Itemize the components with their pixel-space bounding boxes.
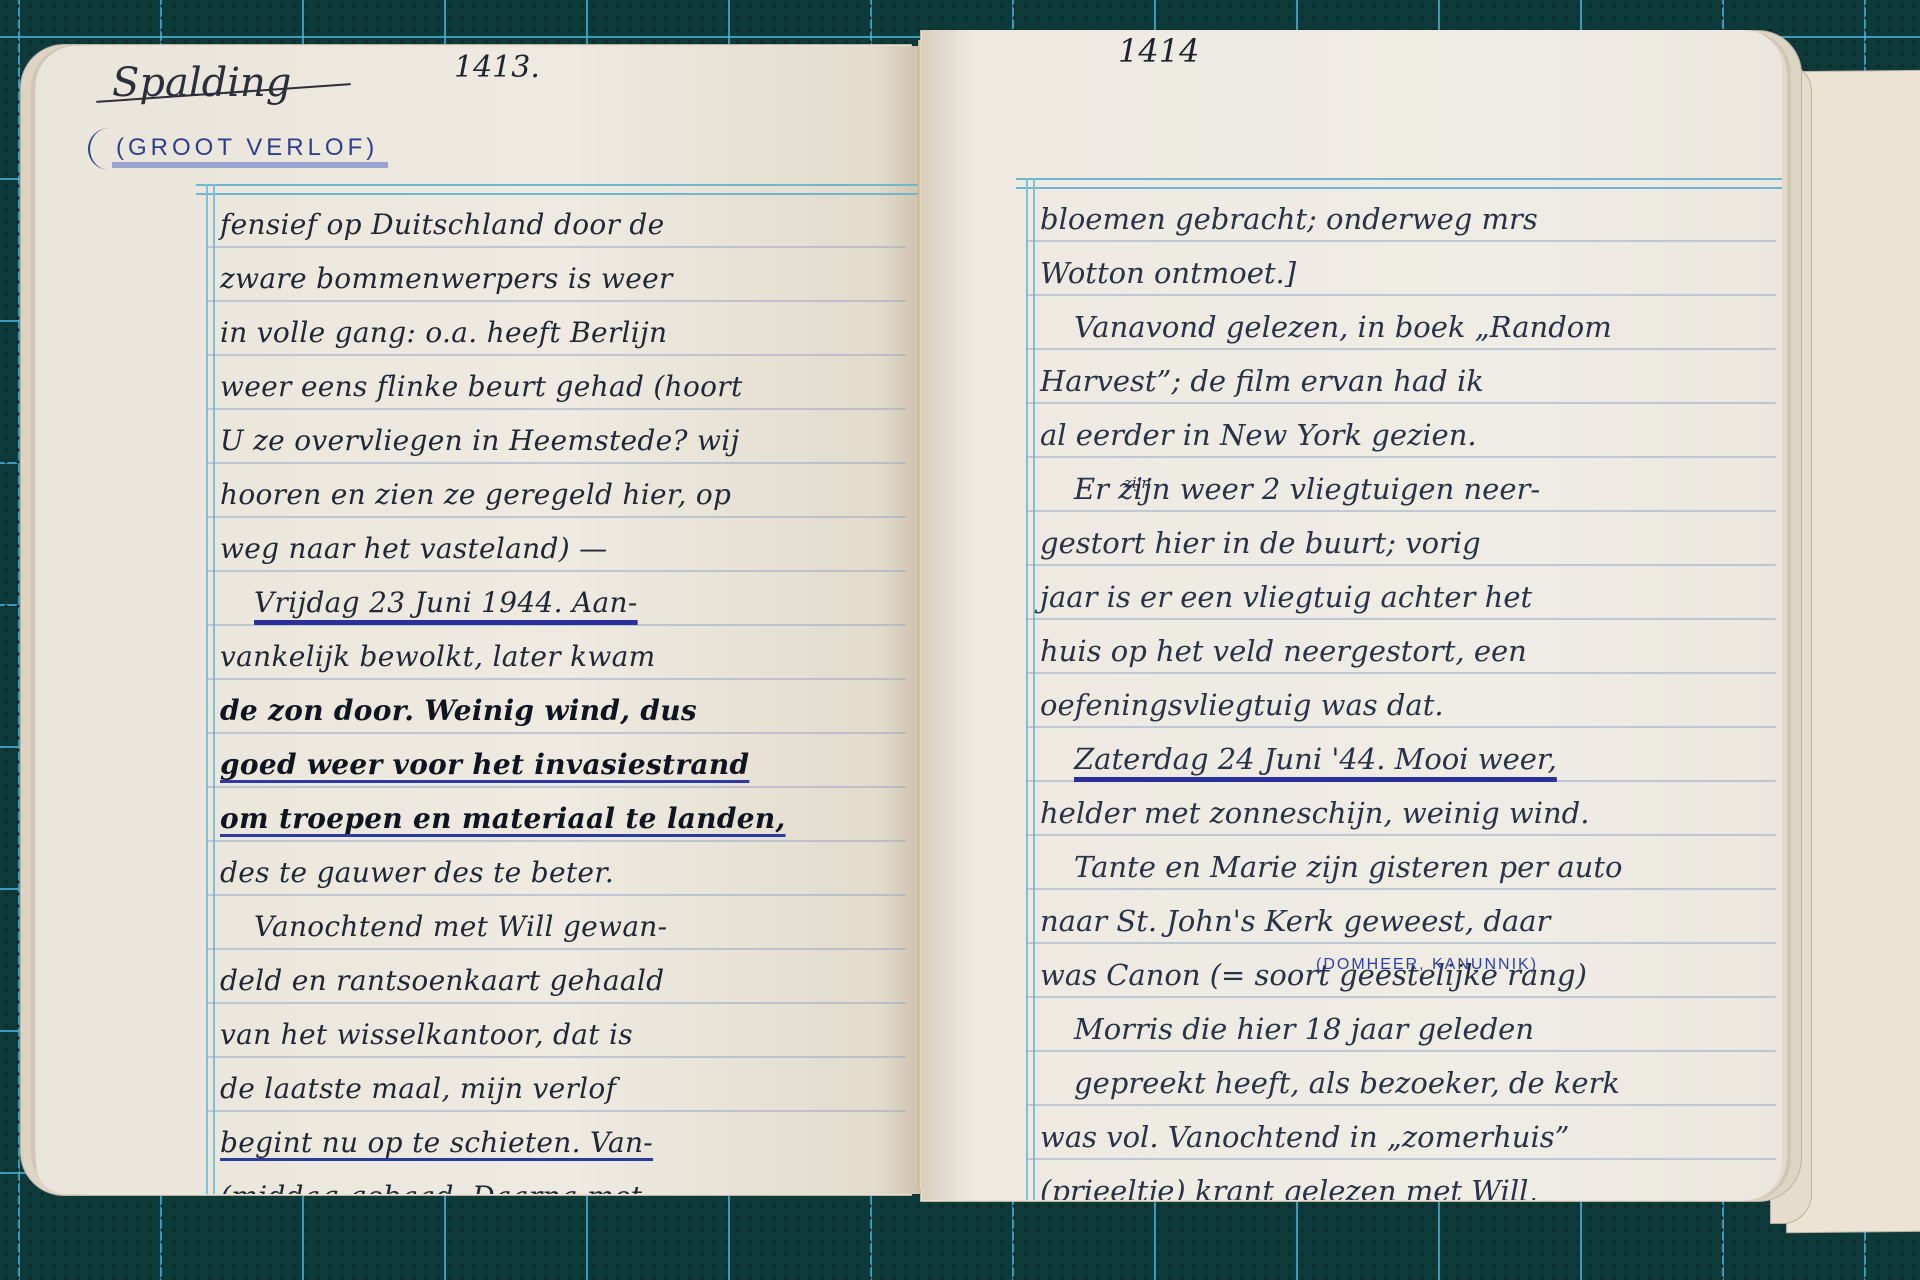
underlined-line: goed weer voor het invasiestrand xyxy=(206,738,906,792)
underlined-line: om troepen en materiaal te landen, xyxy=(206,792,906,846)
text-line: Tante en Marie zijn gisteren per auto xyxy=(1026,840,1776,894)
page-number: 1414 xyxy=(1118,32,1199,70)
text-line-with-annotation: (DOMHEER, KANUNNIK) was Canon (= soort g… xyxy=(1026,948,1776,1002)
text-line: deld en rantsoenkaart gehaald xyxy=(206,954,906,1008)
text-line: bloemen gebracht; onderweg mrs xyxy=(1026,192,1776,246)
text-line: zware bommenwerpers is weer xyxy=(206,252,906,306)
text-line: gestort hier in de buurt; vorig xyxy=(1026,516,1776,570)
text-line: van het wisselkantoor, dat is xyxy=(206,1008,906,1062)
header-label: (GROOT VERLOF) xyxy=(88,128,396,170)
text-line: helder met zonneschijn, weinig wind. xyxy=(1026,786,1776,840)
text-line: Wotton ontmoet.] xyxy=(1026,246,1776,300)
left-page: Spalding (GROOT VERLOF) 1413. fensief op… xyxy=(36,46,920,1194)
date-heading: Vrijdag 23 Juni 1944. Aan- xyxy=(206,576,906,630)
text-line: weer eens flinke beurt gehad (hoort xyxy=(206,360,906,414)
interlinear-insert: zijn xyxy=(1124,456,1151,510)
text-line: weg naar het vasteland) — xyxy=(206,522,906,576)
ruled-area: fensief op Duitschland door de zware bom… xyxy=(206,184,906,1164)
text-line: gepreekt heeft, als bezoeker, de kerk xyxy=(1026,1056,1776,1110)
text-line: huis op het veld neergestort, een xyxy=(1026,624,1776,678)
text-line: Morris die hier 18 jaar geleden xyxy=(1026,1002,1776,1056)
text-line: (middag gebaad. Daarna met xyxy=(206,1170,906,1194)
text-line: Vanavond gelezen, in boek „Random xyxy=(1026,300,1776,354)
diary-text: fensief op Duitschland door de zware bom… xyxy=(206,198,906,1194)
diary-text: bloemen gebracht; onderweg mrs Wotton on… xyxy=(1026,192,1776,1200)
text-line: al eerder in New York gezien. xyxy=(1026,408,1776,462)
text-line: hooren en zien ze geregeld hier, op xyxy=(206,468,906,522)
text-line: in volle gang: o.a. heeft Berlijn xyxy=(206,306,906,360)
text-line: U ze overvliegen in Heemstede? wij xyxy=(206,414,906,468)
page-number: 1413. xyxy=(454,50,540,85)
text-line: vankelijk bewolkt, later kwam xyxy=(206,630,906,684)
text-line: de laatste maal, mijn verlof xyxy=(206,1062,906,1116)
underlined-line: begint nu op te schieten. Van- xyxy=(206,1116,906,1170)
blue-annotation: (DOMHEER, KANUNNIK) xyxy=(1316,938,1538,992)
right-page: 1414 Spalding (Groot Verlof) bloemen geb… xyxy=(922,30,1782,1200)
text-line: des te gauwer des te beter. xyxy=(206,846,906,900)
text-line: (prieeltje) krant gelezen met Will, xyxy=(1026,1164,1776,1200)
text-line: Harvest”; de film ervan had ik xyxy=(1026,354,1776,408)
ruled-area: bloemen gebracht; onderweg mrs Wotton on… xyxy=(1026,178,1776,1178)
date-heading: Zaterdag 24 Juni '44. Mooi weer, xyxy=(1026,732,1776,786)
text-line: fensief op Duitschland door de xyxy=(206,198,906,252)
text-line: de zon door. Weinig wind, dus xyxy=(206,684,906,738)
text-line: was vol. Vanochtend in „zomerhuis” xyxy=(1026,1110,1776,1164)
text-line: jaar is er een vliegtuig achter het xyxy=(1026,570,1776,624)
text-line-with-insert: zijn Er zijn weer 2 vliegtuigen neer- xyxy=(1026,462,1776,516)
text-line: Vanochtend met Will gewan- xyxy=(206,900,906,954)
text-line: oefeningsvliegtuig was dat. xyxy=(1026,678,1776,732)
header-name: Spalding xyxy=(112,60,291,106)
